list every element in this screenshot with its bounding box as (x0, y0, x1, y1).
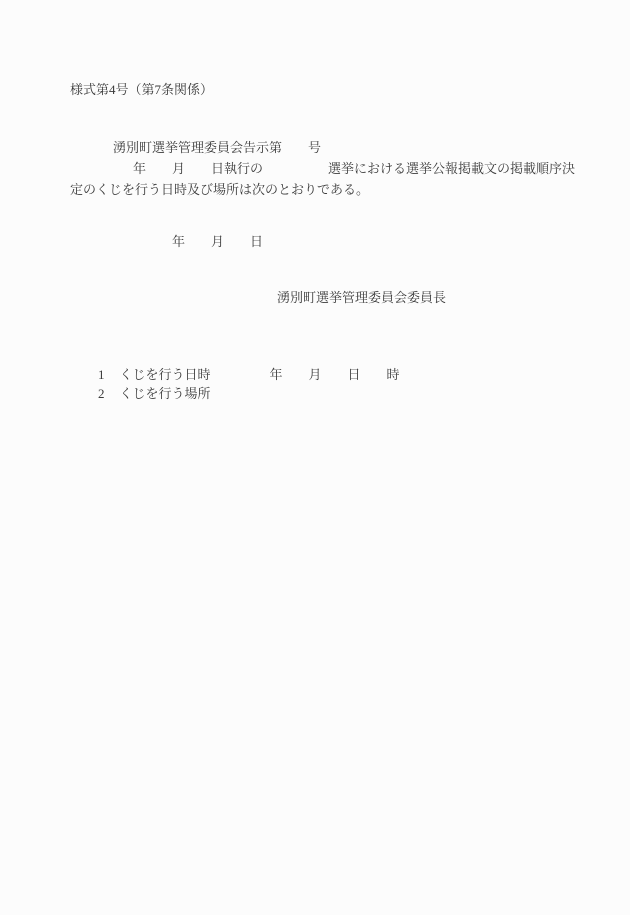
issuer-title: 湧別町選挙管理委員会委員長 (277, 289, 446, 307)
item-2-number: 2 (98, 386, 105, 401)
item-1-date-blanks: 年 月 日 時 (270, 367, 400, 382)
body-text-line-1: 年 月 日執行の 選挙における選挙公報掲載文の掲載順序決 (133, 160, 575, 178)
body-text-line-2: 定のくじを行う日時及び場所は次のとおりである。 (70, 181, 369, 199)
notice-title: 湧別町選挙管理委員会告示第 号 (113, 139, 321, 157)
issue-date-line: 年 月 日 (172, 233, 263, 251)
form-number-label: 様式第4号（第7条関係） (70, 81, 213, 99)
item-2-label: くじを行う場所 (120, 386, 211, 401)
list-item-lottery-place: 2くじを行う場所 (85, 367, 211, 421)
document-page: 様式第4号（第7条関係） 湧別町選挙管理委員会告示第 号 年 月 日執行の 選挙… (0, 0, 630, 915)
